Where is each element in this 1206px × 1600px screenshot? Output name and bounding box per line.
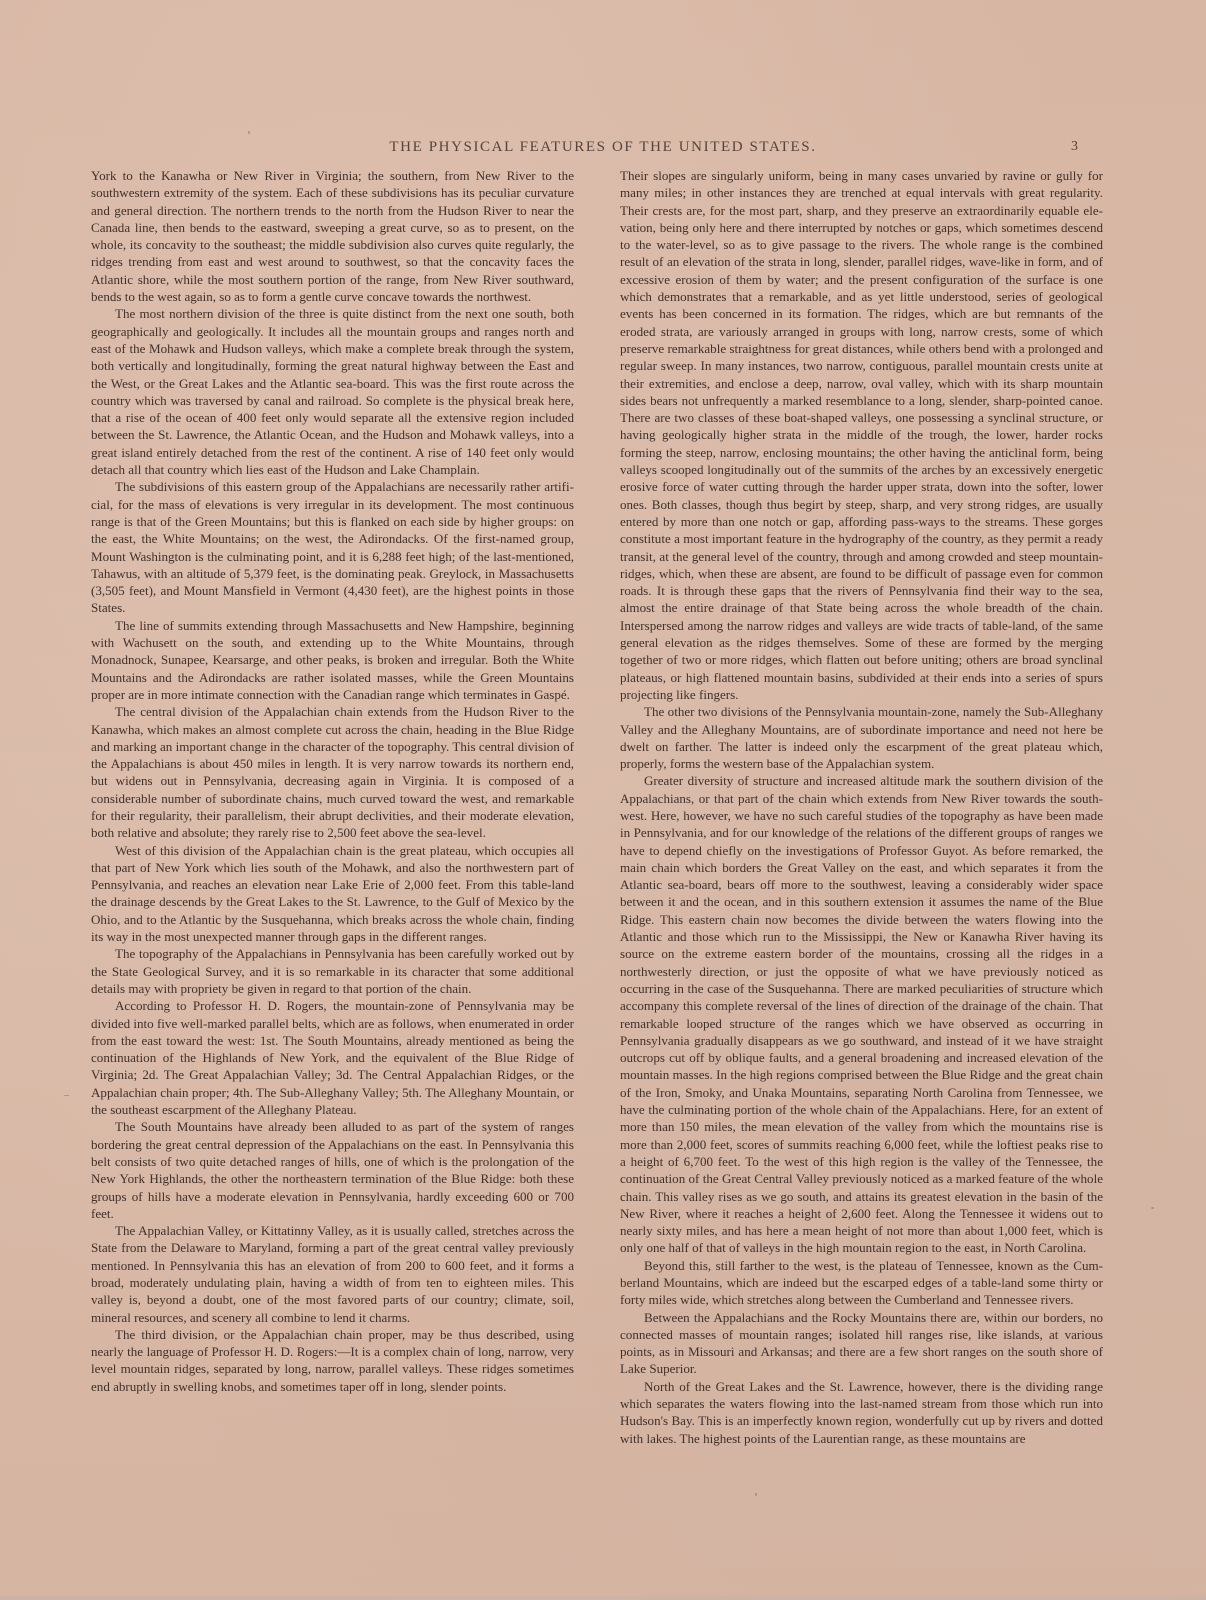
paragraph: West of this division of the Appalachian… bbox=[91, 842, 574, 946]
paragraph: The Appalachian Valley, or Kittatinny Va… bbox=[91, 1222, 574, 1326]
paragraph: The most northern division of the three … bbox=[91, 305, 574, 478]
paragraph: The line of summits extending through Ma… bbox=[91, 617, 574, 703]
paragraph: According to Professor H. D. Rogers, the… bbox=[91, 997, 574, 1118]
paragraph: The topography of the Appalachians in Pe… bbox=[91, 945, 574, 997]
paragraph: Their slopes are singularly uniform, bei… bbox=[620, 167, 1103, 703]
paragraph: Between the Appalachians and the Rocky M… bbox=[620, 1309, 1103, 1378]
paper-speck bbox=[755, 1493, 757, 1496]
paragraph: The other two divisions of the Pennsylva… bbox=[620, 703, 1103, 772]
paragraph: The third division, or the Appalachian c… bbox=[91, 1326, 574, 1395]
paragraph: The subdivisions of this eastern group o… bbox=[91, 478, 574, 616]
paper-speck bbox=[1151, 1207, 1154, 1209]
paragraph: York to the Kanawha or New River in Virg… bbox=[91, 167, 574, 305]
paragraph: Beyond this, still farther to the west, … bbox=[620, 1257, 1103, 1309]
paragraph: Greater diversity of structure and incre… bbox=[620, 772, 1103, 1256]
paper-speck bbox=[64, 1095, 69, 1096]
paper-speck bbox=[248, 131, 250, 134]
book-page: THE PHYSICAL FEATURES OF THE UNITED STAT… bbox=[0, 0, 1206, 1600]
paragraph: North of the Great Lakes and the St. Law… bbox=[620, 1378, 1103, 1447]
paragraph: The South Mountains have already been al… bbox=[91, 1118, 574, 1222]
left-text-column: York to the Kanawha or New River in Virg… bbox=[91, 167, 574, 1395]
running-header-title: THE PHYSICAL FEATURES OF THE UNITED STAT… bbox=[0, 139, 1206, 156]
page-number: 3 bbox=[1071, 139, 1078, 155]
paragraph: The central division of the Appalachian … bbox=[91, 703, 574, 841]
right-text-column: Their slopes are singularly uniform, bei… bbox=[620, 167, 1103, 1447]
page-bottom-edge bbox=[0, 1596, 1206, 1600]
